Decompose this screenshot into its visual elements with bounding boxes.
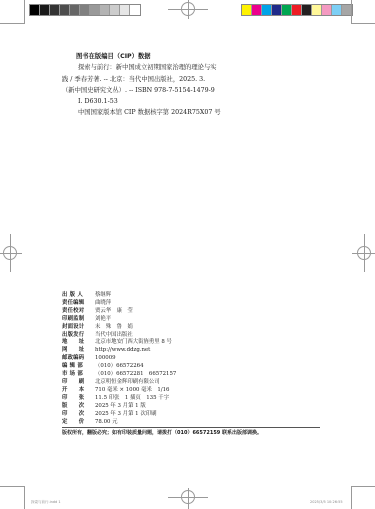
- crop-mark: [351, 486, 352, 509]
- colophon-value: 末 殊 鲁 娟: [95, 324, 322, 332]
- colophon-value: 蔡继辉: [95, 292, 322, 300]
- color-swatch: [312, 5, 322, 15]
- color-swatch: [100, 5, 110, 15]
- colophon-value: 刘艳平: [95, 316, 322, 324]
- crop-mark: [351, 0, 352, 24]
- cip-line: 中国国家版本馆 CIP 数据核字第 2024R75X07 号: [62, 107, 342, 118]
- color-swatch: [292, 5, 302, 15]
- color-swatch: [242, 5, 252, 15]
- colophon-row: 封面设计末 殊 鲁 娟: [62, 324, 322, 332]
- color-swatch: [70, 5, 80, 15]
- colophon-value: 曲晓萍: [95, 300, 322, 308]
- colophon-row: 编 辑 部（010）66572264: [62, 363, 322, 371]
- color-swatch-bar: [241, 4, 353, 16]
- colophon-value: http://www.ddzg.net: [95, 347, 322, 355]
- color-swatch: [60, 5, 70, 15]
- colophon-label: 印 张: [62, 395, 95, 403]
- colophon-label: 编 辑 部: [62, 363, 95, 371]
- colophon-label: 印 次: [62, 411, 95, 419]
- colophon-label: 邮政编码: [62, 355, 95, 363]
- color-swatch: [30, 5, 40, 15]
- colophon-row: 印刷监制刘艳平: [62, 316, 322, 324]
- colophon-value: 北京市地安门西大街旌勇里 8 号: [95, 339, 322, 347]
- crop-mark: [352, 486, 375, 487]
- colophon-label: 开 本: [62, 387, 95, 395]
- file-name-slug: 探索与前行.indd 1: [31, 500, 61, 505]
- cip-line: 探索与前行：新中国成立初期国家治理的理论与实: [62, 62, 342, 73]
- colophon-row: 市 场 部（010）66572281 66572157: [62, 371, 322, 379]
- colophon-label: 责任校对: [62, 308, 95, 316]
- colophon-row: 出 版 人蔡继辉: [62, 292, 322, 300]
- colophon-label: 定 价: [62, 419, 95, 427]
- colophon-block: 出 版 人蔡继辉责任编辑曲晓萍责任校对贾云华 康 莹印刷监制刘艳平封面设计末 殊…: [62, 292, 322, 438]
- registration-mark: [3, 246, 17, 260]
- colophon-value: 贾云华 康 莹: [95, 308, 322, 316]
- divider: [62, 427, 320, 428]
- colophon-row: 邮政编码100009: [62, 355, 322, 363]
- colophon-row: 开 本710 毫米 × 1000 毫米 1/16: [62, 387, 322, 395]
- cip-line: 践 / 季春芳著. -- 北京：当代中国出版社，2025. 3.: [62, 74, 342, 85]
- registration-mark: [181, 2, 195, 16]
- color-swatch: [322, 5, 332, 15]
- crop-mark: [352, 23, 375, 24]
- color-swatch: [332, 5, 342, 15]
- colophon-label: 版 次: [62, 403, 95, 411]
- colophon-label: 印 刷: [62, 379, 95, 387]
- color-swatch: [80, 5, 90, 15]
- cip-line: Ⅰ. D630.1-53: [62, 96, 342, 107]
- colophon-row: 责任校对贾云华 康 莹: [62, 308, 322, 316]
- color-swatch: [302, 5, 312, 15]
- colophon-row: 印 张11.5 印张 1 插页 135 千字: [62, 395, 322, 403]
- colophon-row: 责任编辑曲晓萍: [62, 300, 322, 308]
- colophon-value: 11.5 印张 1 插页 135 千字: [95, 395, 322, 403]
- crop-mark: [24, 0, 25, 24]
- colophon-value: （010）66572281 66572157: [95, 371, 322, 379]
- colophon-label: 封面设计: [62, 324, 95, 332]
- colophon-label: 责任编辑: [62, 300, 95, 308]
- color-swatch: [90, 5, 100, 15]
- cip-line: （新中国史研究文丛）. -- ISBN 978-7-5154-1479-9: [62, 85, 342, 96]
- copyright-notice: 版权所有，翻版必究；如有印装质量问题，请拨打（010）66572159 联系出版…: [62, 430, 322, 438]
- colophon-row: 印 刷北京明恒金辉印刷有限公司: [62, 379, 322, 387]
- colophon-label: 出 版 人: [62, 292, 95, 300]
- colophon-row: 印 次2025 年 3 月第 1 次印刷: [62, 411, 322, 419]
- colophon-value: （010）66572264: [95, 363, 322, 371]
- colophon-row: 版 次2025 年 3 月第 1 版: [62, 403, 322, 411]
- colophon-value: 100009: [95, 355, 322, 363]
- color-swatch: [272, 5, 282, 15]
- cip-title: 图书在版编目（CIP）数据: [62, 51, 342, 62]
- color-swatch: [262, 5, 272, 15]
- color-swatch: [130, 5, 140, 15]
- colophon-value: 78.00 元: [95, 419, 322, 427]
- colophon-label: 市 场 部: [62, 371, 95, 379]
- color-swatch: [110, 5, 120, 15]
- colophon-row: 网 址http://www.ddzg.net: [62, 347, 322, 355]
- registration-mark: [181, 490, 195, 504]
- color-swatch: [282, 5, 292, 15]
- color-swatch: [40, 5, 50, 15]
- colophon-value: 北京明恒金辉印刷有限公司: [95, 379, 322, 387]
- crop-mark: [0, 486, 24, 487]
- colophon-value: 2025 年 3 月第 1 次印刷: [95, 411, 322, 419]
- colophon-row: 定 价78.00 元: [62, 419, 322, 427]
- gray-swatch-bar: [29, 4, 141, 16]
- colophon-label: 印刷监制: [62, 316, 95, 324]
- crop-mark: [0, 23, 24, 24]
- registration-mark: [357, 246, 371, 260]
- cip-data-block: 图书在版编目（CIP）数据 探索与前行：新中国成立初期国家治理的理论与实 践 /…: [62, 51, 342, 119]
- timestamp-slug: 2025/3/5 10:26:55: [310, 500, 343, 504]
- colophon-value: 710 毫米 × 1000 毫米 1/16: [95, 387, 322, 395]
- color-swatch: [50, 5, 60, 15]
- colophon-value: 2025 年 3 月第 1 版: [95, 403, 322, 411]
- crop-mark: [24, 486, 25, 509]
- color-swatch: [120, 5, 130, 15]
- colophon-row: 地 址北京市地安门西大街旌勇里 8 号: [62, 339, 322, 347]
- color-swatch: [252, 5, 262, 15]
